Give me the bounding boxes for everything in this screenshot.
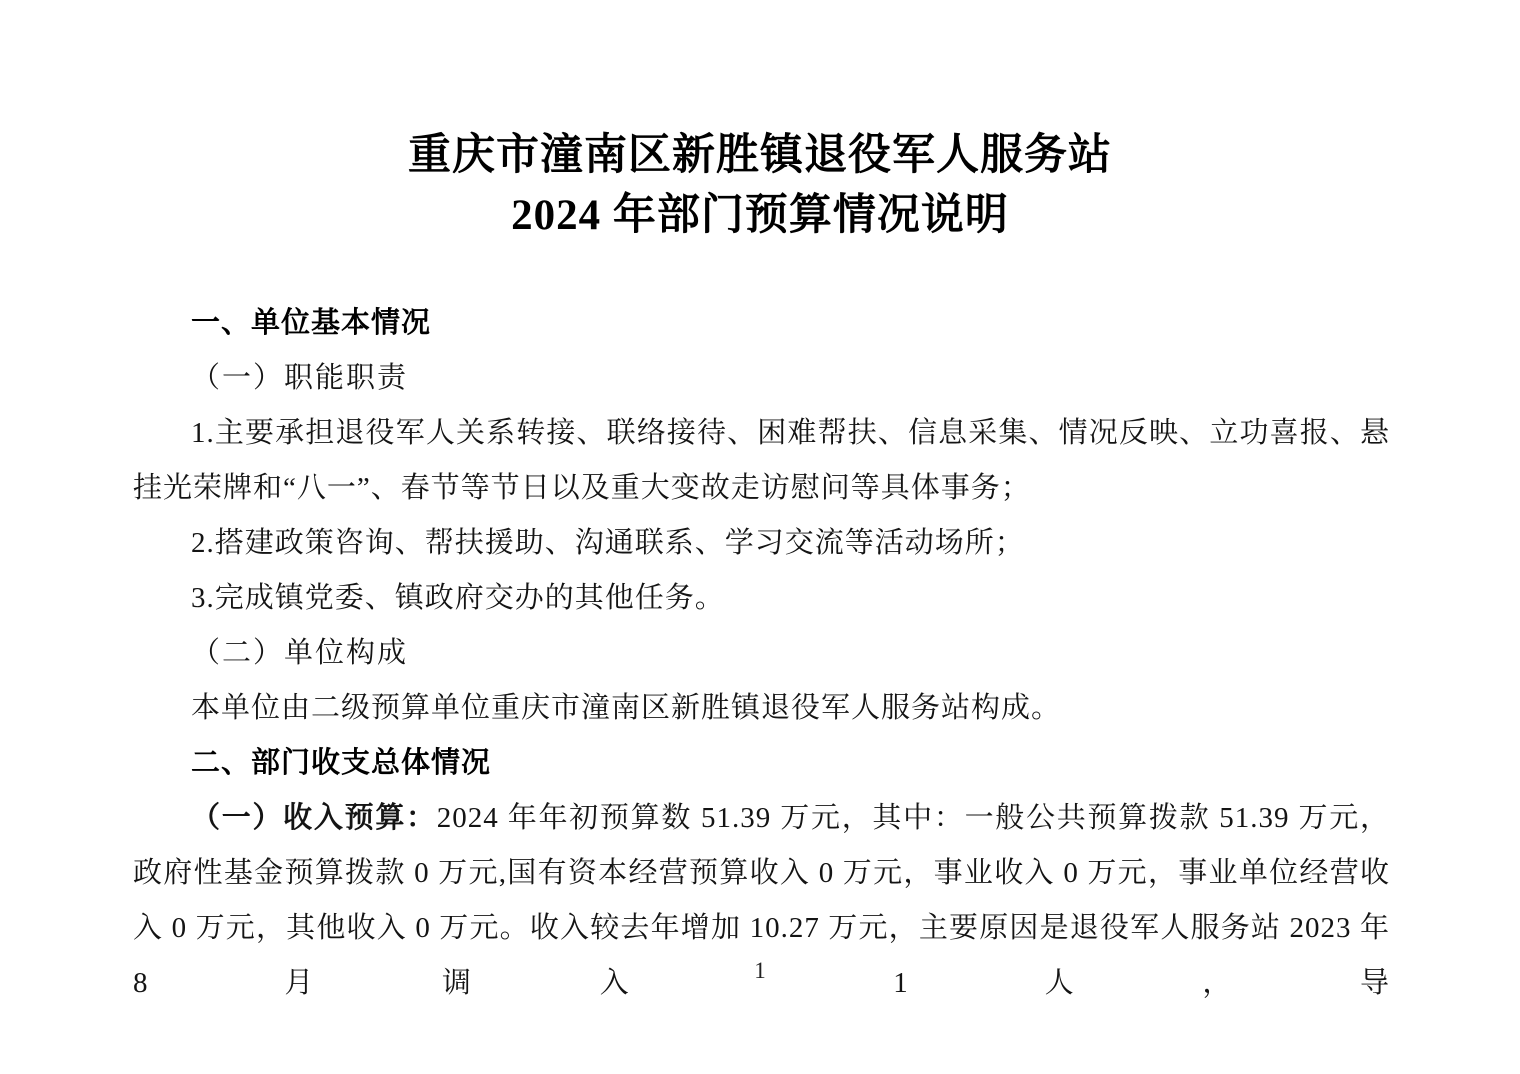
- functions-item-3: 3.完成镇党委、镇政府交办的其他任务。: [133, 571, 1390, 626]
- page-number: 1: [0, 958, 1520, 984]
- document-page: 重庆市潼南区新胜镇退役军人服务站 2024 年部门预算情况说明 一、单位基本情况…: [0, 0, 1520, 1074]
- functions-item-1: 1.主要承担退役军人关系转接、联络接待、困难帮扶、信息采集、情况反映、立功喜报、…: [133, 406, 1390, 516]
- document-title-line1: 重庆市潼南区新胜镇退役军人服务站: [0, 126, 1520, 186]
- section2-heading: 二、部门收支总体情况: [133, 736, 1390, 791]
- section1-sub1-heading: （一）职能职责: [133, 351, 1390, 406]
- functions-item-2: 2.搭建政策咨询、帮扶援助、沟通联系、学习交流等活动场所；: [133, 516, 1390, 571]
- income-budget-lead: （一）收入预算：: [191, 802, 437, 834]
- section1-heading: 一、单位基本情况: [133, 296, 1390, 351]
- document-body: 一、单位基本情况 （一）职能职责 1.主要承担退役军人关系转接、联络接待、困难帮…: [133, 296, 1390, 1011]
- document-title-line2: 2024 年部门预算情况说明: [0, 186, 1520, 246]
- unit-composition-text: 本单位由二级预算单位重庆市潼南区新胜镇退役军人服务站构成。: [133, 681, 1390, 736]
- section1-sub2-heading: （二）单位构成: [133, 626, 1390, 681]
